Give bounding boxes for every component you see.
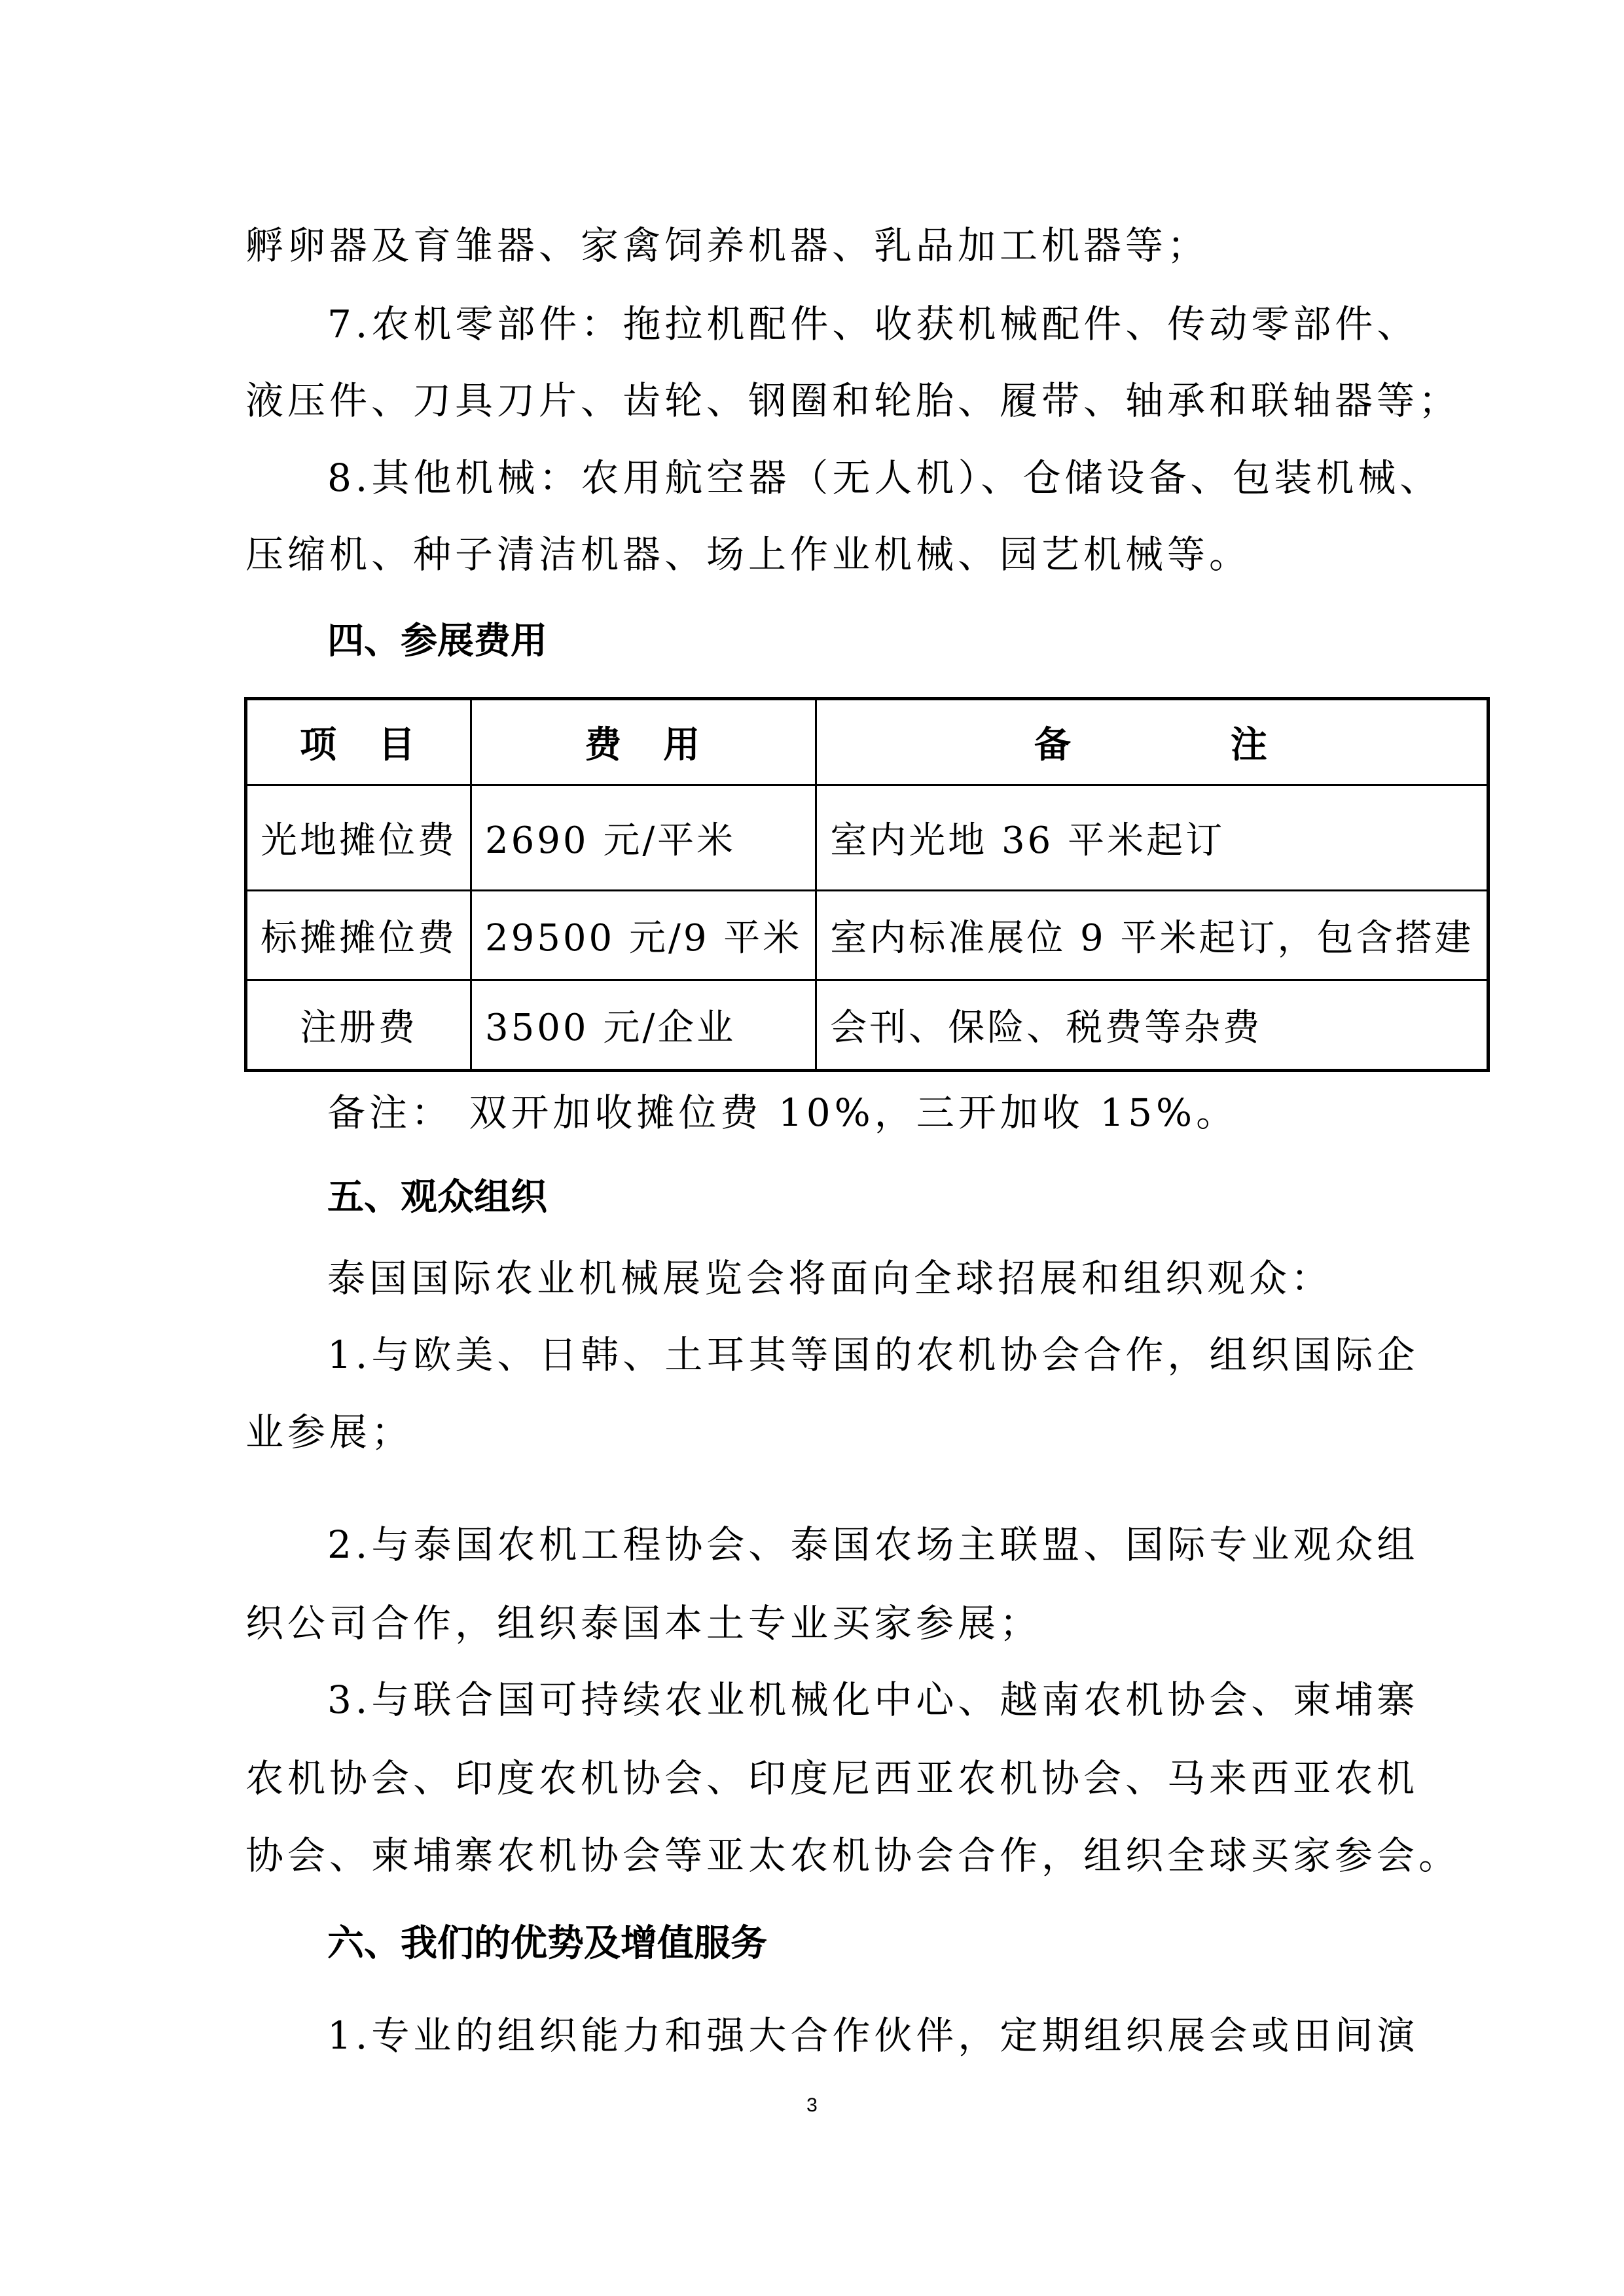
cell-item: 标摊摊位费	[246, 891, 471, 980]
cell-fee: 2690 元/平米	[471, 785, 816, 891]
cell-note: 室内光地 36 平米起订	[816, 785, 1489, 891]
paragraph-line: 织公司合作，组织泰国本土专业买家参展；	[245, 1597, 1398, 1649]
paragraph-line: 3.与联合国可持续农业机械化中心、越南农机协会、柬埔寨	[327, 1674, 1479, 1726]
section-heading-advantages: 六、我们的优势及增值服务	[327, 1918, 767, 1970]
table-row: 注册费 3500 元/企业 会刊、保险、税费等杂费	[246, 980, 1489, 1071]
cell-note: 会刊、保险、税费等杂费	[816, 980, 1489, 1071]
paragraph-line: 1.与欧美、日韩、土耳其等国的农机协会合作，组织国际企	[327, 1329, 1479, 1381]
fees-remark: 备注： 双开加收摊位费 10%，三开加收 15%。	[327, 1086, 1479, 1139]
list-item-7: 7.农机零部件：拖拉机配件、收获机械配件、传动零部件、	[327, 298, 1479, 350]
section-heading-fees: 四、参展费用	[327, 615, 547, 668]
cell-fee: 3500 元/企业	[471, 980, 816, 1071]
paragraph-line: 协会、柬埔寨农机协会等亚太农机协会合作，组织全球买家参会。	[245, 1829, 1398, 1882]
list-continuation-line: 孵卵器及育雏器、家禽饲养机器、乳品加工机器等；	[245, 219, 1398, 272]
paragraph-line: 泰国国际农业机械展览会将面向全球招展和组织观众：	[327, 1252, 1479, 1304]
list-item-8-continuation: 压缩机、种子清洁机器、场上作业机械、园艺机械等。	[245, 528, 1398, 581]
header-fee: 费 用	[471, 699, 816, 785]
fees-table: 项 目 费 用 备 注 光地摊位费 2690 元/平米 室内光地 36 平米起订…	[244, 697, 1490, 1072]
cell-fee: 29500 元/9 平米	[471, 891, 816, 980]
list-item-8: 8.其他机械：农用航空器（无人机）、仓储设备、包装机械、	[327, 452, 1479, 504]
document-page: 孵卵器及育雏器、家禽饲养机器、乳品加工机器等； 7.农机零部件：拖拉机配件、收获…	[0, 0, 1624, 2296]
paragraph-line: 2.与泰国农机工程协会、泰国农场主联盟、国际专业观众组	[327, 1518, 1479, 1571]
header-item: 项 目	[246, 699, 471, 785]
cell-note: 室内标准展位 9 平米起订，包含搭建	[816, 891, 1489, 980]
paragraph-line: 1.专业的组织能力和强大合作伙伴，定期组织展会或田间演	[327, 2009, 1479, 2062]
page-number: 3	[0, 2094, 1624, 2117]
cell-item: 注册费	[246, 980, 471, 1071]
cell-item: 光地摊位费	[246, 785, 471, 891]
table-header-row: 项 目 费 用 备 注	[246, 699, 1489, 785]
paragraph-line: 业参展；	[245, 1406, 1398, 1458]
table-row: 光地摊位费 2690 元/平米 室内光地 36 平米起订	[246, 785, 1489, 891]
list-item-7-continuation: 液压件、刀具刀片、齿轮、钢圈和轮胎、履带、轴承和联轴器等；	[245, 374, 1398, 427]
section-heading-audience: 五、观众组织	[327, 1172, 547, 1224]
header-note: 备 注	[816, 699, 1489, 785]
paragraph-line: 农机协会、印度农机协会、印度尼西亚农机协会、马来西亚农机	[245, 1752, 1398, 1804]
table-row: 标摊摊位费 29500 元/9 平米 室内标准展位 9 平米起订，包含搭建	[246, 891, 1489, 980]
